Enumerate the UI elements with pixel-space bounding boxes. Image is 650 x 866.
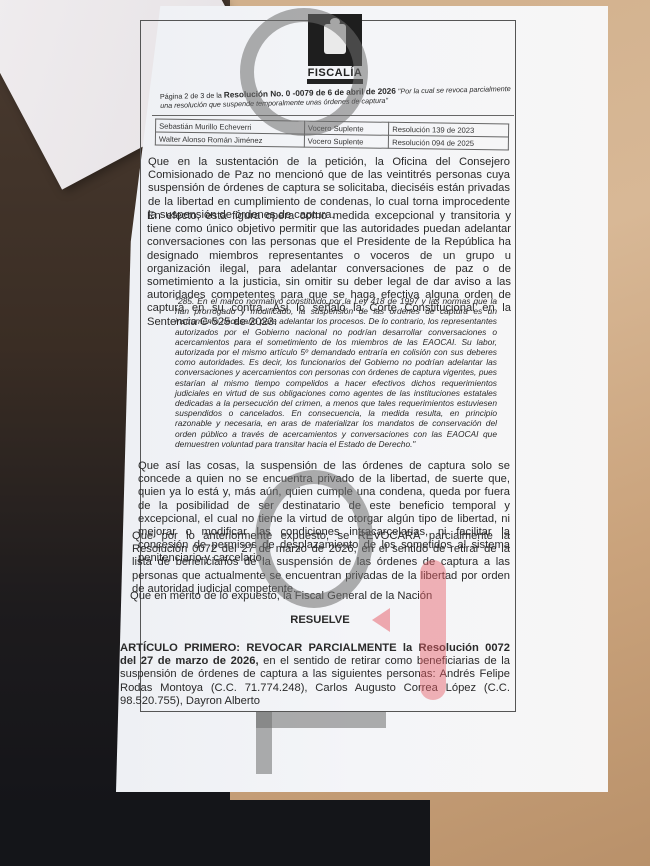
resuelve-heading: RESUELVE [130,614,510,627]
court-quote: "285. En el marco normativo constituido … [175,296,497,449]
paragraph-5: Que en mérito de lo expuesto, la Fiscal … [130,590,510,603]
header-divider [152,115,514,116]
background-dark-bottom [0,800,430,866]
fiscalia-logo [308,14,362,66]
institution-name: FISCALÍA [300,67,370,79]
article-primero: ARTÍCULO PRIMERO: REVOCAR PARCIALMENTE l… [120,642,510,708]
puzzle-piece-icon [324,24,346,54]
paragraph-4: Que por lo anteriormente expuesto, se RE… [132,530,510,596]
members-table: Sebastián Murillo Echeverri Vocero Suple… [155,119,509,151]
institution-subtitle-bar [307,79,363,84]
